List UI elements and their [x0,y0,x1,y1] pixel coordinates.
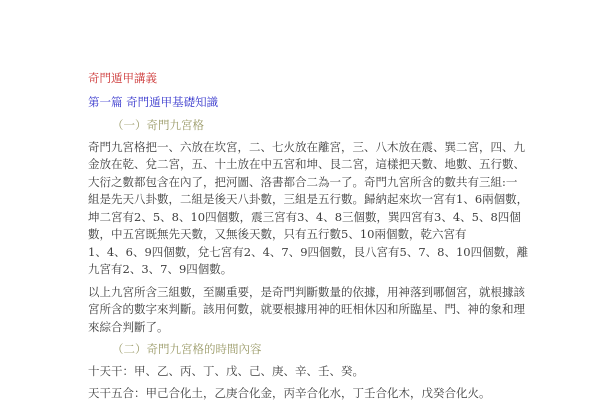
paragraph-line: 宮所含的數字來判斷。該用何數，就要根據用神的旺相休囚和所臨星、門、神的象和理 [88,301,520,319]
paragraph-line: 大衍之數都包含在內了，把河圖、洛書都合二為一了。奇門九宮所含的數共有三組:一 [88,174,520,192]
paragraph: 天干五合：甲己合化土，乙庚合化金，丙辛合化水，丁壬合化木，戊癸合化火。 [88,385,520,400]
paragraph-line: 組是先天八卦數，二組是後天八卦數，三組是五行數。歸納起來坎一宮有1、6兩個數， [88,191,520,209]
document-page: 奇門遁甲講義 第一篇 奇門遁甲基礎知識 （一）奇門九宮格奇門九宮格把一、六放在坎… [88,70,520,400]
paragraph-line: 金放在乾、兌二宮，五、十土放在中五宮和坤、艮二宮，這樣把天數、地數、五行數、 [88,156,520,174]
paragraph: 以上九宮所含三組數，至關重要，是奇門判斷數量的依據，用神落到哪個宮，就根據該宮所… [88,284,520,337]
paragraph-line: 1、4、6、9四個數，兌七宮有2、4、7、9四個數，艮八宮有5、7、8、10四個… [88,244,520,262]
paragraph-line: 來綜合判斷了。 [88,319,520,337]
paragraph-line: 九宮有2、3、7、9四個數。 [88,261,520,279]
section-heading: （一）奇門九宮格 [88,117,520,135]
paragraph: 十天干：甲、乙、丙、丁、戊、己、庚、辛、壬、癸。 [88,363,520,381]
paragraph-line: 天干五合：甲己合化土，乙庚合化金，丙辛合化水，丁壬合化木，戊癸合化火。 [88,385,520,400]
paragraph-line: 坤二宮有2、5、8、10四個數，震三宮有3、4、8三個數，巽四宮有3、4、5、8… [88,209,520,227]
paragraph-line: 奇門九宮格把一、六放在坎宮，二、七火放在離宮，三、八木放在震、巽二宮，四、九 [88,139,520,157]
document-subtitle: 第一篇 奇門遁甲基礎知識 [88,94,520,112]
paragraph-line: 十天干：甲、乙、丙、丁、戊、己、庚、辛、壬、癸。 [88,363,520,381]
document-title: 奇門遁甲講義 [88,70,520,88]
paragraph: 奇門九宮格把一、六放在坎宮，二、七火放在離宮，三、八木放在震、巽二宮，四、九金放… [88,139,520,279]
paragraph-line: 數，中五宮既無先天數，又無後天數，只有五行數5、10兩個數，乾六宮有 [88,226,520,244]
paragraph-line: 以上九宮所含三組數，至關重要，是奇門判斷數量的依據，用神落到哪個宮，就根據該 [88,284,520,302]
section-heading: （二）奇門九宮格的時間內容 [88,341,520,359]
document-sections: （一）奇門九宮格奇門九宮格把一、六放在坎宮，二、七火放在離宮，三、八木放在震、巽… [88,117,520,400]
